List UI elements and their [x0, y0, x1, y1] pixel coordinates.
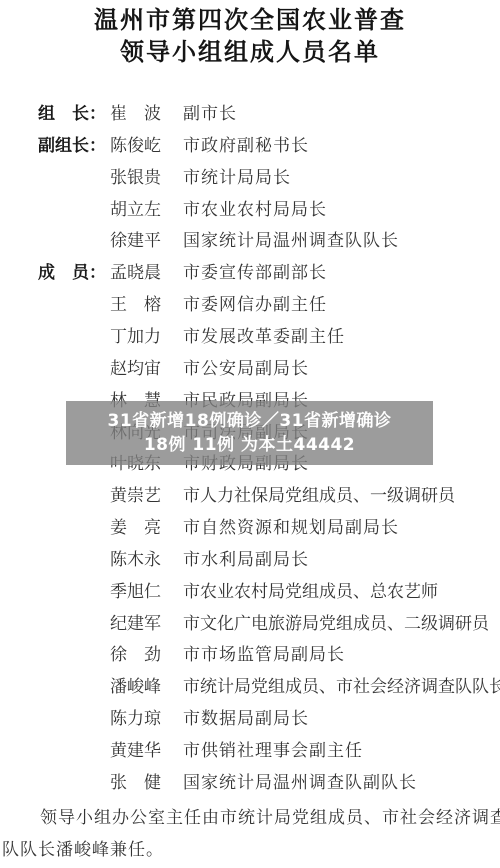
member-row: 王 榕市委网信办副主任	[0, 290, 500, 320]
member-row: 成 员：孟晓晨市委宣传部副部长	[0, 258, 500, 288]
member-row: 黄崇艺市人力社保局党组成员、一级调研员	[0, 481, 500, 511]
member-name: 季旭仁	[110, 577, 170, 607]
member-row: 季旭仁市农业农村局党组成员、总农艺师	[0, 577, 500, 607]
member-name: 胡立左	[110, 195, 170, 225]
member-row: 张银贵市统计局局长	[0, 163, 500, 193]
member-row: 徐 劲市市场监管局副局长	[0, 640, 500, 670]
member-row: 潘峻峰市统计局党组成员、市社会经济调查队队长	[0, 672, 500, 702]
member-name: 潘峻峰	[110, 672, 170, 702]
member-name: 徐 劲	[110, 640, 170, 670]
member-position: 市委网信办副主任	[183, 290, 327, 320]
member-position: 市委宣传部副部长	[183, 258, 327, 288]
member-position: 市自然资源和规划局副局长	[183, 513, 399, 543]
member-row: 陈木永市水利局副局长	[0, 545, 500, 575]
member-position: 市统计局党组成员、市社会经济调查队队长	[183, 672, 500, 702]
member-position: 市政府副秘书长	[183, 131, 309, 161]
member-row: 黄建华市供销社理事会副主任	[0, 736, 500, 766]
member-row: 陈力琼市数据局副局长	[0, 704, 500, 734]
headline-line-2: 18例 11例 为本土44442	[144, 433, 355, 457]
member-name: 黄建华	[110, 736, 170, 766]
member-position: 市统计局局长	[183, 163, 291, 193]
member-name: 张银贵	[110, 163, 170, 193]
member-role: 成 员：	[38, 258, 110, 288]
member-name: 陈木永	[110, 545, 170, 575]
document-title-line-1: 温州市第四次全国农业普查	[0, 5, 500, 35]
office-note-line-1: 领导小组办公室主任由市统计局党组成员、市社会经济调查	[40, 803, 500, 833]
member-position: 市数据局副局长	[183, 704, 309, 734]
member-position: 国家统计局温州调查队队长	[183, 226, 399, 256]
member-position: 市农业农村局局长	[183, 195, 327, 225]
member-name: 张 健	[110, 768, 170, 798]
headline-line-1: 31省新增18例确诊／31省新增确诊	[108, 409, 392, 433]
member-row: 丁加力市发展改革委副主任	[0, 322, 500, 352]
member-role: 组 长：	[38, 99, 110, 129]
member-row: 纪建军市文化广电旅游局党组成员、二级调研员	[0, 609, 500, 639]
member-row: 徐建平国家统计局温州调查队队长	[0, 226, 500, 256]
member-name: 陈力琼	[110, 704, 170, 734]
member-name: 赵均宙	[110, 354, 170, 384]
member-position: 市市场监管局副局长	[183, 640, 345, 670]
member-position: 市人力社保局党组成员、一级调研员	[183, 481, 455, 511]
member-row: 赵均宙市公安局副局长	[0, 354, 500, 384]
member-row: 组 长：崔 波副市长	[0, 99, 500, 129]
member-name: 纪建军	[110, 609, 170, 639]
member-position: 市发展改革委副主任	[183, 322, 345, 352]
member-position: 市文化广电旅游局党组成员、二级调研员	[183, 609, 489, 639]
member-role: 副组长：	[38, 131, 110, 161]
member-name: 姜 亮	[110, 513, 170, 543]
member-row: 张 健国家统计局温州调查队副队长	[0, 768, 500, 798]
member-position: 市供销社理事会副主任	[183, 736, 363, 766]
member-name: 孟晓晨	[110, 258, 170, 288]
member-name: 丁加力	[110, 322, 170, 352]
member-name: 王 榕	[110, 290, 170, 320]
member-name: 陈俊屹	[110, 131, 170, 161]
member-row: 副组长：陈俊屹市政府副秘书长	[0, 131, 500, 161]
member-row: 姜 亮市自然资源和规划局副局长	[0, 513, 500, 543]
document-title-line-2: 领导小组组成人员名单	[0, 37, 500, 67]
member-row: 胡立左市农业农村局局长	[0, 195, 500, 225]
member-position: 市公安局副局长	[183, 354, 309, 384]
member-position: 副市长	[183, 99, 237, 129]
member-name: 黄崇艺	[110, 481, 170, 511]
headline-overlay-banner[interactable]: 31省新增18例确诊／31省新增确诊 18例 11例 为本土44442	[66, 401, 433, 465]
member-name: 徐建平	[110, 226, 170, 256]
office-note-line-2: 队队长潘峻峰兼任。	[2, 835, 164, 865]
member-position: 市水利局副局长	[183, 545, 309, 575]
member-position: 国家统计局温州调查队副队长	[183, 768, 417, 798]
member-name: 崔 波	[110, 99, 170, 129]
member-position: 市农业农村局党组成员、总农艺师	[183, 577, 438, 607]
